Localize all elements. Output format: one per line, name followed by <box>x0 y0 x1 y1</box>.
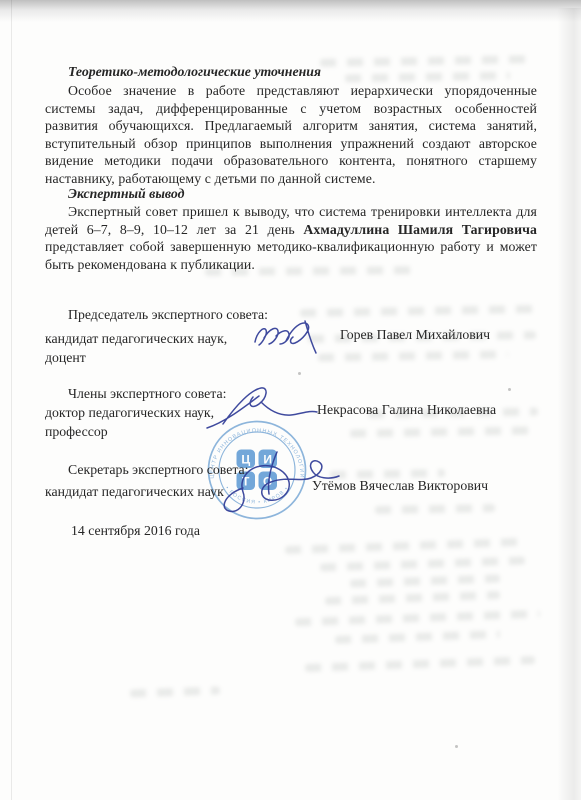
bleed-through-smudge <box>320 556 525 571</box>
bleed-through-smudge <box>345 72 510 83</box>
bleed-through-smudge <box>130 686 220 697</box>
scan-speck <box>298 372 301 375</box>
methodology-paragraph: Особое значение в работе представляют ие… <box>45 82 537 188</box>
secretary-degree: кандидат педагогических наук <box>45 483 224 502</box>
bleed-through-smudge <box>320 55 530 67</box>
scan-top-shadow <box>0 0 581 22</box>
document-date: 14 сентября 2016 года <box>71 522 200 541</box>
bleed-through-smudge <box>285 538 520 554</box>
chair-label: Председатель экспертного совета: <box>68 306 268 325</box>
bleed-through-smudge <box>300 305 535 317</box>
bleed-through-smudge <box>318 350 508 361</box>
chair-degree-block: кандидат педагогических наук, доцент <box>45 330 227 367</box>
conclusion-paragraph: Экспертный совет пришел к выводу, что си… <box>45 203 537 273</box>
bleed-through-smudge <box>305 656 535 672</box>
chair-name: Горев Павел Михайлович <box>340 326 490 345</box>
member-rank: профессор <box>45 423 214 442</box>
bleed-through-smudge <box>350 426 530 437</box>
chair-rank: доцент <box>45 349 227 368</box>
secretary-signature <box>213 448 353 516</box>
member-degree: доктор педагогических наук, <box>45 404 214 423</box>
member-signature <box>203 384 321 434</box>
member-degree-block: доктор педагогических наук, профессор <box>45 404 214 441</box>
chair-degree: кандидат педагогических наук, <box>45 330 227 349</box>
scanned-document-page: ЦЕНТР ИННОВАЦИОННЫХ ТЕХНОЛОГИЙ • РОССИЯ … <box>0 0 581 800</box>
bleed-through-smudge <box>350 574 500 587</box>
scan-speck <box>508 388 511 391</box>
section-heading-methodology: Теоретико-методологические уточнения <box>68 64 321 80</box>
author-name-bold: Ахмадуллина Шамиля Тагировича <box>303 222 537 237</box>
chair-signature <box>250 316 320 356</box>
bleed-through-smudge <box>375 504 495 514</box>
member-name: Некрасова Галина Николаевна <box>317 401 496 420</box>
scan-right-shadow <box>557 8 581 800</box>
scan-speck <box>455 745 458 748</box>
bleed-through-smudge <box>295 610 540 627</box>
bleed-through-smudge <box>325 591 500 605</box>
scan-left-line <box>11 0 12 800</box>
bleed-through-smudge <box>335 630 500 644</box>
section-heading-conclusion: Экспертный вывод <box>68 186 184 202</box>
conclusion-text-after: представляет собой завершенную методико-… <box>45 239 537 272</box>
